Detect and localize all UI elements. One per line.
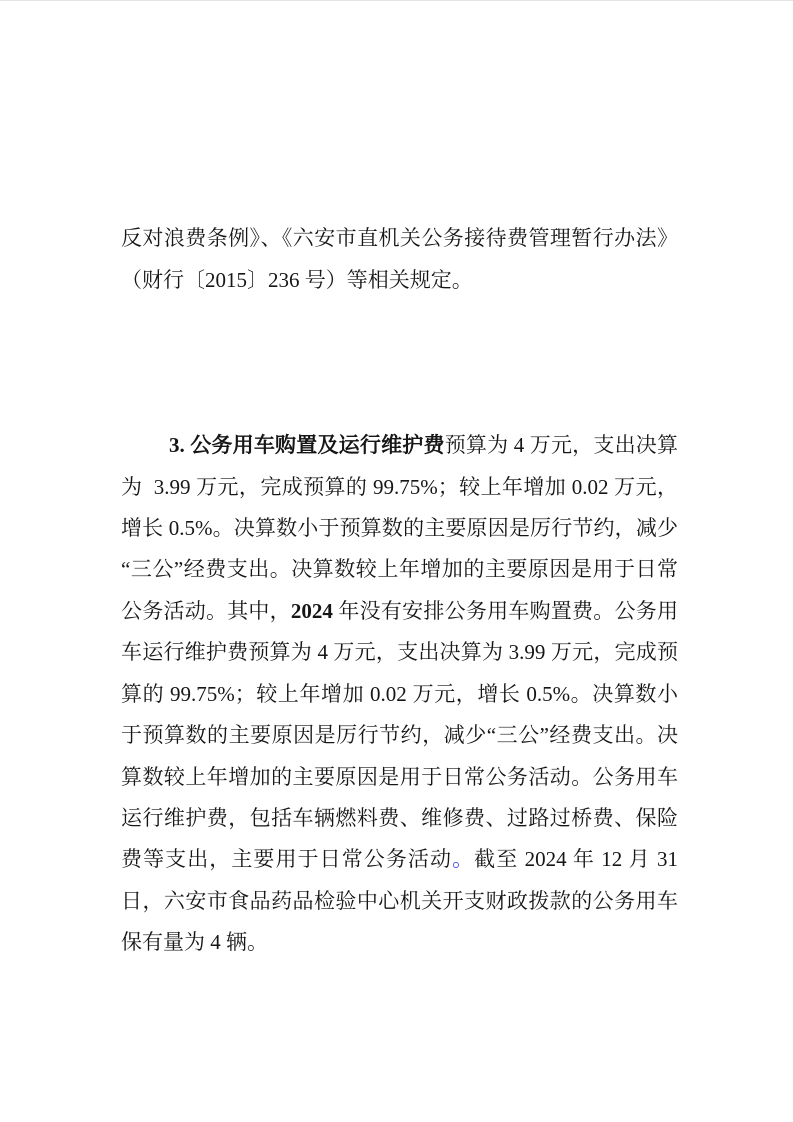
document-body-text: 反对浪费条例》、《六安市直机关公务接待费管理暂行办法》（财行〔2015〕236 … <box>121 94 678 1088</box>
document-page: 反对浪费条例》、《六安市直机关公务接待费管理暂行办法》（财行〔2015〕236 … <box>0 0 793 1122</box>
text-segment: 反对浪费条例》、《六安市直机关公务接待费管理暂行办法》（财行〔2015〕236 … <box>121 226 678 291</box>
year-2024-bold: 2024 <box>291 599 333 623</box>
text-segment: 年没有安排公务用车购置费。公务用车运行维护费预算为 4 万元，支出决算为 3.9… <box>121 599 678 871</box>
paragraph-vehicle-expense: 3. 公务用车购置及运行维护费预算为 4 万元，支出决算为 3.99 万元，完成… <box>121 425 678 963</box>
text-segment: 预算为 4 万元，支出决算为 3.99 万元，完成预算的 99.75%；较上年增… <box>121 433 678 623</box>
vehicle-expense-heading: 3. 公务用车购置及运行维护费 <box>169 433 445 457</box>
blue-full-stop: 。 <box>452 847 474 871</box>
paragraph-regulations: 反对浪费条例》、《六安市直机关公务接待费管理暂行办法》（财行〔2015〕236 … <box>121 218 678 301</box>
